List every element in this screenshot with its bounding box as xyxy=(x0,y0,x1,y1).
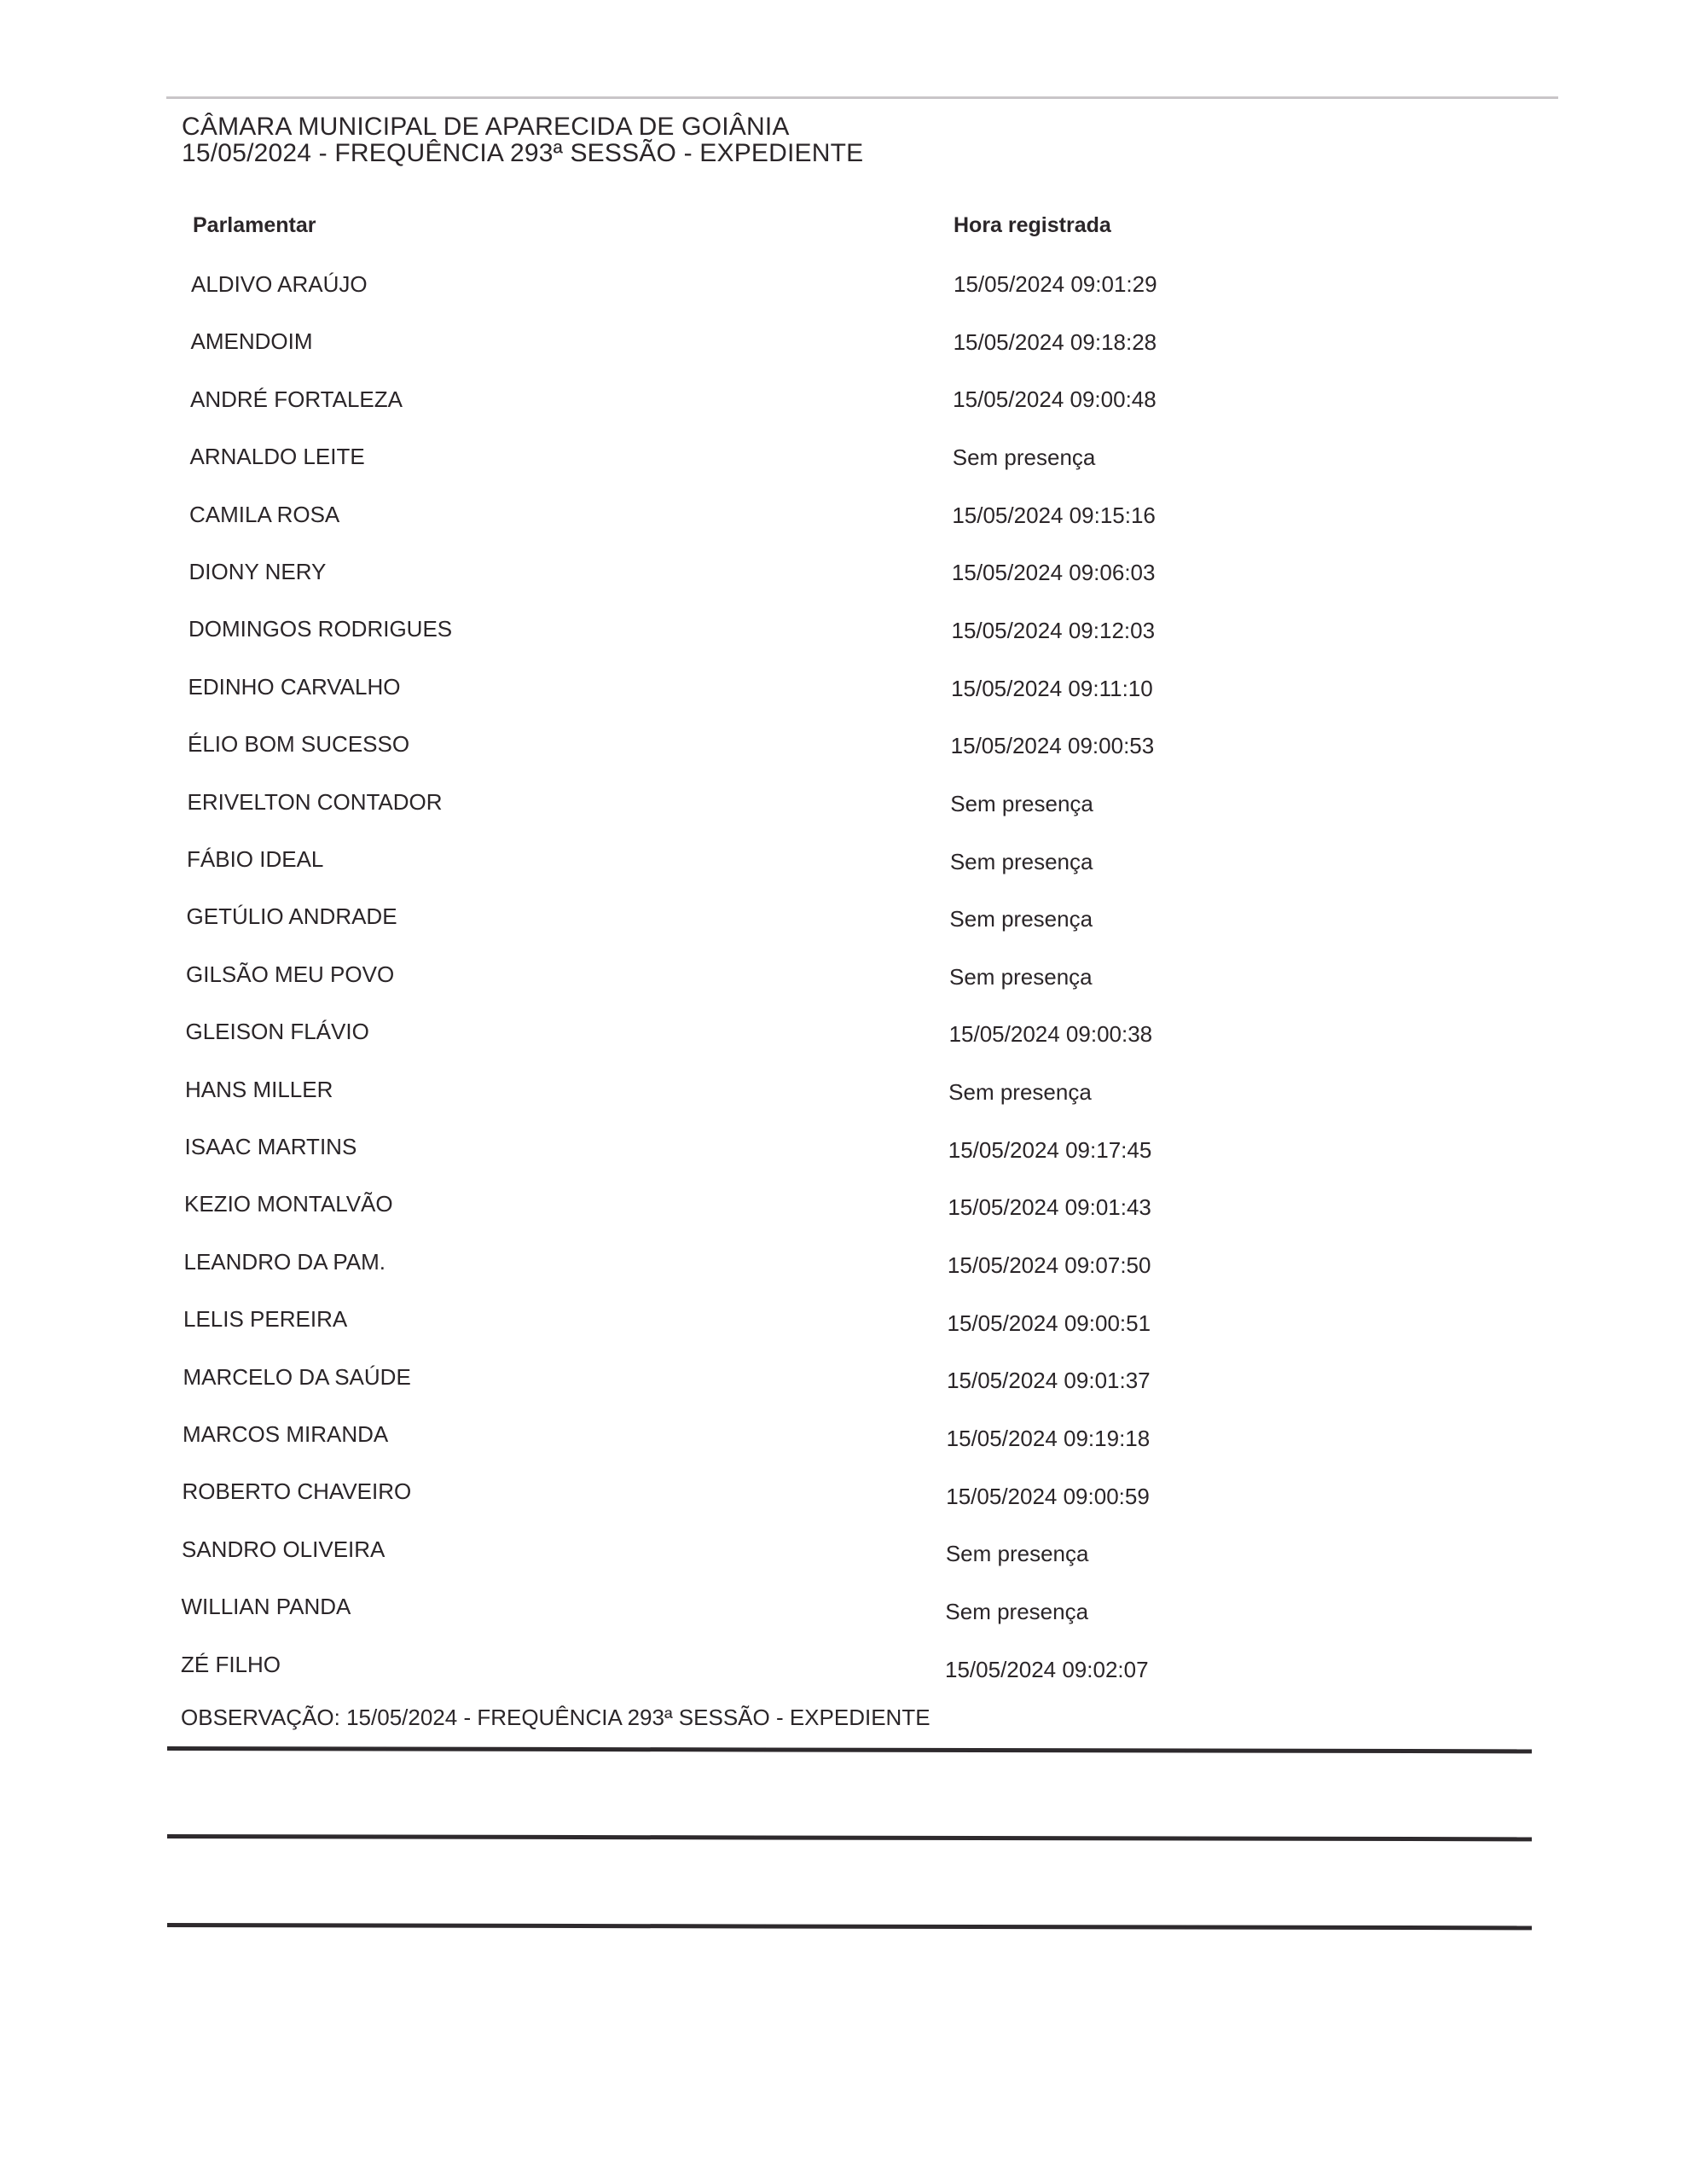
parlamentar-name: MARCOS MIRANDA xyxy=(183,1421,388,1448)
top-rule xyxy=(166,96,1558,99)
parlamentar-name: ARNALDO LEITE xyxy=(190,444,365,470)
registered-time: 15/05/2024 09:00:53 xyxy=(951,733,1155,759)
table-row: ERIVELTON CONTADORSem presença xyxy=(0,789,1687,823)
parlamentar-name: CAMILA ROSA xyxy=(189,502,339,528)
table-row: ALDIVO ARAÚJO15/05/2024 09:01:29 xyxy=(0,271,1687,305)
registered-time: 15/05/2024 09:01:29 xyxy=(954,271,1157,298)
table-row: ARNALDO LEITESem presença xyxy=(0,444,1687,478)
parlamentar-name: ZÉ FILHO xyxy=(181,1652,281,1678)
registered-time: 15/05/2024 09:12:03 xyxy=(952,618,1156,644)
parlamentar-name: ANDRÉ FORTALEZA xyxy=(190,386,403,413)
table-row: GETÚLIO ANDRADESem presença xyxy=(0,903,1687,938)
registered-time: Sem presença xyxy=(949,906,1093,932)
signature-line xyxy=(167,1834,1532,1841)
parlamentar-name: LEANDRO DA PAM. xyxy=(184,1249,386,1275)
parlamentar-name: AMENDOIM xyxy=(191,328,313,355)
table-row: LEANDRO DA PAM.15/05/2024 09:07:50 xyxy=(0,1249,1687,1283)
parlamentar-name: EDINHO CARVALHO xyxy=(188,674,401,700)
registered-time: Sem presença xyxy=(948,1079,1092,1106)
table-row: ISAAC MARTINS15/05/2024 09:17:45 xyxy=(0,1134,1687,1168)
registered-time: 15/05/2024 09:01:43 xyxy=(948,1194,1151,1221)
registered-time: Sem presença xyxy=(953,444,1096,471)
registered-time: Sem presença xyxy=(950,849,1093,875)
registered-time: 15/05/2024 09:06:03 xyxy=(952,560,1156,586)
registered-time: Sem presença xyxy=(950,791,1093,817)
registered-time: 15/05/2024 09:11:10 xyxy=(951,676,1153,702)
parlamentar-name: SANDRO OLIVEIRA xyxy=(182,1536,385,1563)
table-row: SANDRO OLIVEIRASem presença xyxy=(0,1536,1687,1571)
parlamentar-name: ERIVELTON CONTADOR xyxy=(188,789,443,816)
table-row: MARCELO DA SAÚDE15/05/2024 09:01:37 xyxy=(0,1364,1687,1398)
registered-time: 15/05/2024 09:17:45 xyxy=(948,1137,1152,1164)
registered-time: 15/05/2024 09:07:50 xyxy=(948,1252,1151,1279)
column-header-parlamentar: Parlamentar xyxy=(193,213,316,238)
table-row: GILSÃO MEU POVOSem presença xyxy=(0,961,1687,996)
registered-time: 15/05/2024 09:15:16 xyxy=(952,502,1156,529)
parlamentar-name: GLEISON FLÁVIO xyxy=(186,1019,369,1045)
parlamentar-name: ISAAC MARTINS xyxy=(185,1134,357,1160)
registered-time: Sem presença xyxy=(949,964,1093,990)
table-row: LELIS PEREIRA15/05/2024 09:00:51 xyxy=(0,1306,1687,1340)
registered-time: 15/05/2024 09:18:28 xyxy=(954,329,1157,356)
institution-title: CÂMARA MUNICIPAL DE APARECIDA DE GOIÂNIA xyxy=(182,113,863,140)
parlamentar-name: KEZIO MONTALVÃO xyxy=(184,1191,393,1217)
session-title: 15/05/2024 - FREQUÊNCIA 293ª SESSÃO - EX… xyxy=(182,140,863,166)
parlamentar-name: GETÚLIO ANDRADE xyxy=(187,903,397,930)
signature-line xyxy=(167,1746,1532,1753)
registered-time: Sem presença xyxy=(945,1599,1088,1625)
table-row: GLEISON FLÁVIO15/05/2024 09:00:38 xyxy=(0,1019,1687,1053)
table-row: KEZIO MONTALVÃO15/05/2024 09:01:43 xyxy=(0,1191,1687,1225)
table-row: DOMINGOS RODRIGUES15/05/2024 09:12:03 xyxy=(0,616,1687,650)
parlamentar-name: ÉLIO BOM SUCESSO xyxy=(188,731,409,758)
parlamentar-name: ALDIVO ARAÚJO xyxy=(191,271,368,298)
column-header-hora-registrada: Hora registrada xyxy=(954,213,1111,238)
table-row: ÉLIO BOM SUCESSO15/05/2024 09:00:53 xyxy=(0,731,1687,765)
signature-line xyxy=(167,1923,1532,1930)
parlamentar-name: GILSÃO MEU POVO xyxy=(186,961,394,988)
table-row: ZÉ FILHO15/05/2024 09:02:07 xyxy=(0,1652,1687,1686)
parlamentar-name: MARCELO DA SAÚDE xyxy=(183,1364,411,1391)
table-row: DIONY NERY15/05/2024 09:06:03 xyxy=(0,559,1687,593)
document-header: CÂMARA MUNICIPAL DE APARECIDA DE GOIÂNIA… xyxy=(182,113,863,166)
registered-time: 15/05/2024 09:02:07 xyxy=(945,1657,1149,1683)
registered-time: 15/05/2024 09:00:48 xyxy=(953,386,1157,413)
registered-time: Sem presença xyxy=(946,1541,1089,1567)
table-row: HANS MILLERSem presença xyxy=(0,1077,1687,1111)
parlamentar-name: FÁBIO IDEAL xyxy=(187,846,323,873)
registered-time: 15/05/2024 09:00:38 xyxy=(949,1021,1153,1048)
parlamentar-name: DOMINGOS RODRIGUES xyxy=(188,616,452,642)
table-row: AMENDOIM15/05/2024 09:18:28 xyxy=(0,328,1687,363)
observation-text: OBSERVAÇÃO: 15/05/2024 - FREQUÊNCIA 293ª… xyxy=(181,1705,930,1731)
table-row: CAMILA ROSA15/05/2024 09:15:16 xyxy=(0,502,1687,536)
registered-time: 15/05/2024 09:00:59 xyxy=(946,1484,1150,1510)
registered-time: 15/05/2024 09:01:37 xyxy=(947,1368,1151,1394)
parlamentar-name: LELIS PEREIRA xyxy=(183,1306,347,1333)
parlamentar-name: HANS MILLER xyxy=(185,1077,333,1103)
registered-time: 15/05/2024 09:00:51 xyxy=(948,1310,1151,1337)
registered-time: 15/05/2024 09:19:18 xyxy=(947,1426,1151,1452)
parlamentar-name: WILLIAN PANDA xyxy=(182,1594,351,1620)
parlamentar-name: ROBERTO CHAVEIRO xyxy=(183,1478,412,1505)
table-row: WILLIAN PANDASem presença xyxy=(0,1594,1687,1628)
table-row: FÁBIO IDEALSem presença xyxy=(0,846,1687,880)
table-row: EDINHO CARVALHO15/05/2024 09:11:10 xyxy=(0,674,1687,708)
table-row: ANDRÉ FORTALEZA15/05/2024 09:00:48 xyxy=(0,386,1687,421)
table-row: MARCOS MIRANDA15/05/2024 09:19:18 xyxy=(0,1421,1687,1455)
parlamentar-name: DIONY NERY xyxy=(189,559,327,585)
table-row: ROBERTO CHAVEIRO15/05/2024 09:00:59 xyxy=(0,1478,1687,1513)
